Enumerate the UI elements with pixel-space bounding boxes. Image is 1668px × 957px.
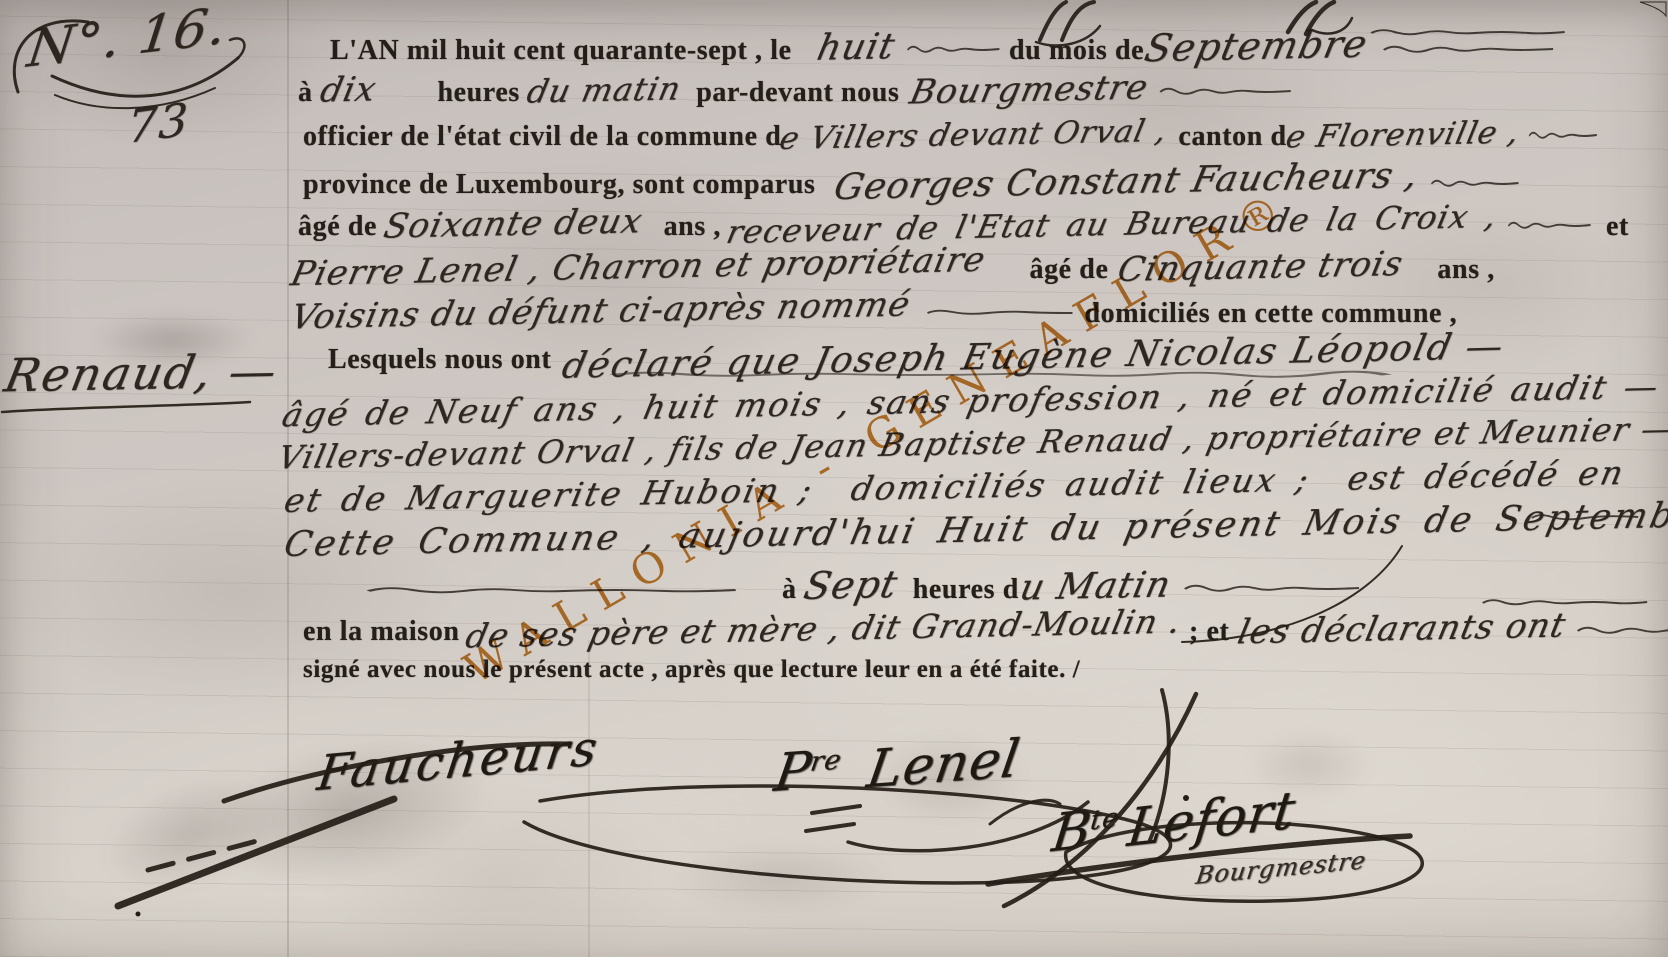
printed-text: L'AN mil huit cent quarante-sept , le [330,35,792,66]
record-line-11: et de Marguerite Huboin ; domiciliés aud… [288,467,1622,506]
handwritten-witness1-age: Soixante deux [380,201,646,246]
printed-text: domiciliés en cette commune , [1085,298,1458,329]
printed-text: à [298,77,313,108]
handwritten-time-of-day: du matin [524,69,685,110]
record-line-14: en la maisonde ses père et mère , dit Gr… [303,609,1668,649]
signature-official-name: Lefort [1124,780,1299,859]
signature-official-superscript: te [1089,802,1122,837]
handwritten-month: Septembre [1141,22,1372,71]
record-line-6: Pierre Lenel , Charron et propriétaireâg… [293,247,1495,287]
record-line-12: Cette Commune , aujourd'hui Huit du prés… [288,510,1668,550]
signature-witness1-text: Faucheurs [314,720,603,802]
printed-text: heures d [913,574,1019,605]
filler-squiggle [1381,43,1556,55]
paper-crease [588,640,590,957]
record-line-4: province de Luxembourg, sont comparusGeo… [303,161,1520,202]
page-number: 73 [127,92,190,154]
handwritten-house-of-death: de ses père et mère , dit Grand-Moulin . [462,602,1185,656]
filler-squiggle [362,584,742,596]
handwritten-commune: e Villers devant Orval , [777,113,1171,157]
printed-text: province de Luxembourg, sont comparus [303,169,816,200]
handwritten-day: huit [813,26,898,69]
printed-text: âgé de [1029,254,1108,285]
signature-official-title-text: Bourgmestre [1194,846,1368,890]
record-line-15: signé avec nous le présent acte , après … [303,656,1080,684]
filler-squiggle [1368,26,1568,38]
filler-squiggle [1528,129,1598,141]
signature-official-title: Bourgmestre [1195,848,1367,889]
death-record-scan: N°. 16. 73 Renaud, — L'AN mil huit cent … [0,0,1668,957]
filler-squiggle [1430,177,1520,189]
handwritten-canton: e Florenville , [1282,115,1522,156]
printed-text: ans , [664,211,721,242]
record-line-3: officier de l'état civil de la commune d… [303,117,1598,153]
printed-text: ans , [1437,254,1494,285]
handwritten-witness2-age: Cinquante trois [1114,244,1407,290]
printed-text: par-devant nous [696,77,899,108]
handwritten-witness-relation: Voisins du défunt ci-après nommé [287,285,914,338]
printed-text: Lesquels nous ont [328,344,551,375]
signature-witness2: PreLenel [774,731,1021,804]
printed-text: heures [437,77,519,108]
handwritten-declarants: les déclarants ont [1234,606,1570,653]
handwritten-death-hour: Sept [800,562,902,608]
signature-witness2-superscript: re [808,744,844,778]
printed-text: officier de l'état civil de la commune d [303,121,781,152]
filler-squiggle [1575,624,1668,636]
printed-text: du mois de [1009,35,1144,66]
printed-text: ; et [1189,616,1229,647]
printed-text: à [782,574,797,605]
handwritten-hour: dix [316,69,379,110]
signature-official: BteLefort [1050,782,1298,863]
margin-deceased-surname: Renaud, — [0,344,283,403]
printed-text: en la maison [303,616,460,647]
printed-text: et [1606,211,1629,242]
ink-smudge [40,716,345,949]
filler-squiggle [906,43,1001,55]
filler-squiggle [1530,511,1640,523]
handwritten-official-title: Bourgmestre [907,68,1153,113]
filler-squiggle [600,368,1400,380]
filler-squiggle [1507,219,1592,231]
filler-squiggle [925,306,1075,318]
filler-squiggle [1182,582,1362,594]
printed-text: canton d [1178,121,1286,152]
record-line-2: àdixheuresdu matinpar-devant nousBourgme… [298,70,1293,110]
act-number: N°. 16. [24,0,230,80]
filler-squiggle [1158,85,1293,97]
printed-text: signé avec nous le présent acte , après … [303,656,1080,683]
printed-text: âgé de [298,211,377,242]
record-line-13: àSeptheures du Matin [782,563,1362,607]
ink-smudge [620,828,940,928]
signature-witness2-name: Lenel [863,729,1024,801]
signature-witness1: Faucheurs [316,723,601,798]
record-line-5: âgé deSoixante deuxans ,receveur de l'Et… [298,204,1629,244]
record-line-7: Voisins du défunt ci-après nommédomicili… [293,291,1457,331]
ink-smudge [124,671,576,954]
